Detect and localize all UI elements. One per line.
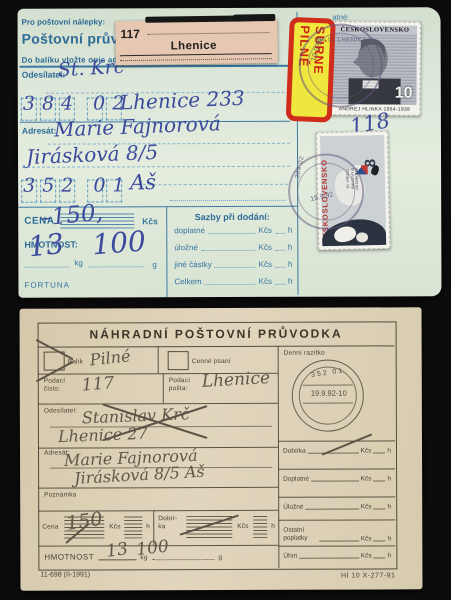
cell-rule [158, 346, 159, 373]
fee-row-storage: ÚložnéKčsh [283, 503, 391, 510]
addressee-street-handwriting: Jirásková 8/5 [26, 140, 159, 169]
dotted-rule [147, 32, 269, 35]
cod-ruled-area [253, 516, 267, 538]
weight-kg-handwriting: 13 [27, 227, 66, 264]
submission-office-label: Podacípošta: [169, 377, 190, 393]
submission-number-handwriting: 117 [81, 373, 115, 395]
price-label: Cena [42, 524, 58, 531]
torn-edge [145, 16, 240, 23]
sender-address-handwriting: Lhenice 27 [58, 424, 148, 446]
fee-row: CelkemKčsh [174, 277, 292, 286]
fee-row: jiné částkyKčsh [174, 260, 292, 269]
writing-line [138, 184, 288, 186]
addressee-psc-handwriting: 352 01 [23, 174, 132, 196]
price-unit: Kčs [109, 523, 120, 530]
writing-line [24, 267, 68, 268]
writing-line [152, 559, 214, 560]
fee-row: doplatnéKčsh [174, 226, 292, 235]
writing-line [170, 200, 286, 201]
fee-row-other: Ostatní poplatkyKčsh [283, 526, 391, 542]
dotted-rule [120, 58, 272, 61]
sender-psc-handwriting: 384 02 [23, 92, 132, 114]
note-label: Poznámka [44, 492, 76, 499]
weight-kg-unit: kg [74, 259, 82, 268]
submission-office-handwriting: Lhenice [201, 368, 270, 392]
fee-row-surcharge: DoplatnéKčsh [283, 475, 391, 482]
cell-rule [166, 206, 167, 297]
weight-g-unit: g [218, 554, 222, 561]
addressee-name-handwriting: Marie Fajnorová [54, 111, 222, 141]
postmark-bar [303, 403, 353, 404]
addressee-label: Adresát: [22, 126, 57, 136]
routing-label: 117 Lhenice [115, 19, 278, 65]
routing-town: Lhenice [171, 40, 217, 53]
postmark-lhenice-lower: 384 02 19.9.92 [288, 154, 364, 230]
parcel-label: Balík [68, 358, 83, 365]
sender-label: Odesílatel: [44, 408, 77, 415]
postmark-lhenice-upper: 384 02 LHENICE 19.9.92 [299, 23, 383, 107]
routing-number: 117 [120, 27, 140, 41]
form-code-left: 11-698 (II-1991) [40, 571, 90, 578]
torn-edge [233, 14, 275, 22]
daily-postmark-label: Denní razítko [284, 350, 325, 357]
photo-of-postal-forms: Pro poštovní nálepky: Poštovní průvodka … [0, 0, 451, 600]
weight-label: HMOTNOST [44, 552, 94, 561]
form-title: NÁHRADNÍ POŠTOVNÍ PRŮVODKA [38, 321, 395, 347]
rule [120, 53, 272, 56]
printer-mark: FORTUNA [24, 281, 70, 290]
writing-line [88, 266, 144, 267]
cod-unit: Kčs [237, 523, 248, 530]
insured-letter-checkbox [168, 351, 189, 370]
price-hellers: h [146, 523, 150, 530]
weight-kg-handwriting: 13 [105, 539, 129, 562]
stamps-area-label: Pro poštovní nálepky: [22, 17, 106, 26]
submission-number-label: Podacíčíslo: [44, 378, 65, 394]
form-code-right: HÍ 10 X-277-91 [275, 572, 395, 579]
postmark-as: 352 01 19.9.92-10 [292, 360, 364, 432]
postmark-ring-text: 384 02 LHENICE [301, 37, 381, 43]
weight-g-handwriting: 100 [135, 537, 169, 560]
delivery-fees-title: Sazby při dodání: [170, 212, 294, 222]
substitute-dispatch-card: NÁHRADNÍ POŠTOVNÍ PRŮVODKA Balík Pilné C… [20, 307, 423, 590]
insured-letter-label: Cenné psaní [192, 358, 231, 365]
stamp-value: 10 [395, 85, 413, 103]
price-ruled-area [124, 516, 142, 538]
fee-row: úložnéKčsh [174, 243, 292, 252]
postal-dispatch-card: Pro poštovní nálepky: Poštovní průvodka … [17, 7, 441, 297]
postmark-date: 19.9.92-10 [301, 389, 357, 398]
fee-row-total: ÚhrnKčsh [283, 552, 391, 559]
addressee-town-handwriting: Aš [130, 170, 156, 194]
cell-rule [163, 373, 164, 403]
weight-g-handwriting: 100 [91, 224, 147, 261]
cod-hellers: h [271, 523, 275, 530]
sender-address-handwriting: Lhenice 233 [119, 86, 245, 115]
sender-name-handwriting: St. Krč [57, 56, 125, 82]
weight-g-unit: g [152, 260, 156, 269]
postmark-bar [303, 385, 353, 386]
writing-line [22, 166, 290, 168]
cod-label: Dobír-ka [158, 515, 177, 531]
